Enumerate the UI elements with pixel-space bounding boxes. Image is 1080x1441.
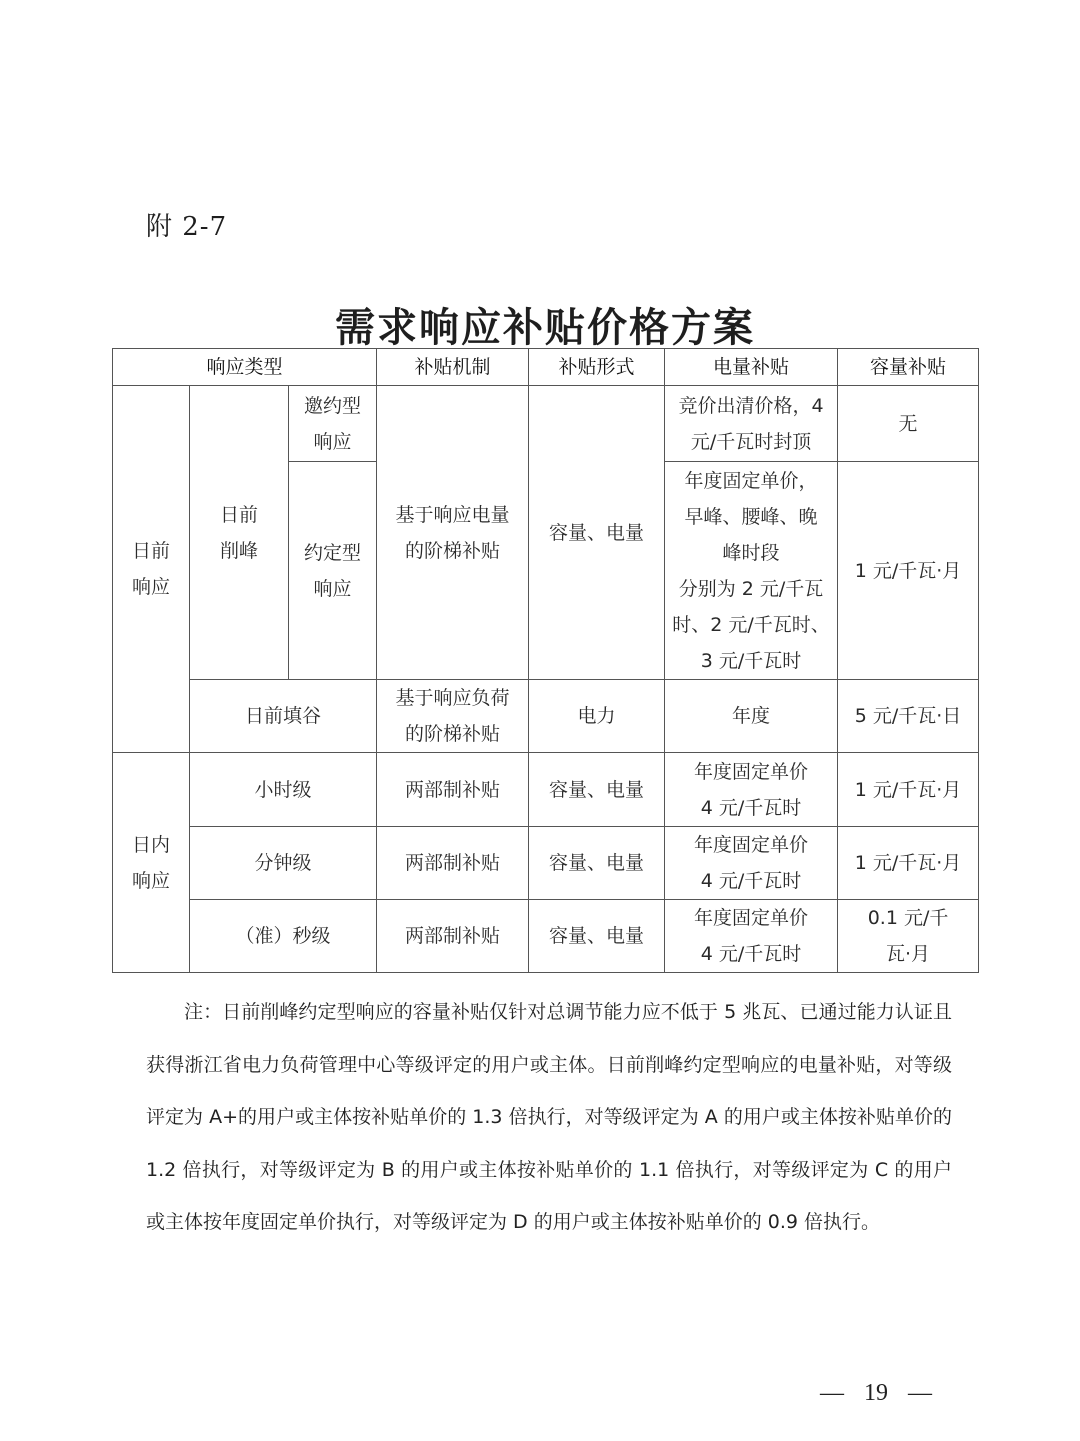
header-capacity-subsidy: 容量补贴 xyxy=(838,349,979,386)
cell-invited-capacity: 无 xyxy=(838,386,979,462)
cell-peak-shaving-mechanism: 基于响应电量 的阶梯补贴 xyxy=(377,386,529,680)
cell-invited-response: 邀约型 响应 xyxy=(289,386,377,462)
cell-valley-form: 电力 xyxy=(529,680,665,753)
cell-second-mechanism: 两部制补贴 xyxy=(377,900,529,973)
cell-minute-form: 容量、电量 xyxy=(529,827,665,900)
cell-second-capacity: 0.1 元/千 瓦·月 xyxy=(838,900,979,973)
cell-minute-mechanism: 两部制补贴 xyxy=(377,827,529,900)
table-row-hourly: 日内 响应 小时级 两部制补贴 容量、电量 年度固定单价 4 元/千瓦时 1 元… xyxy=(113,753,979,827)
cell-second-form: 容量、电量 xyxy=(529,900,665,973)
cell-peak-shaving-form: 容量、电量 xyxy=(529,386,665,680)
cell-hourly-energy: 年度固定单价 4 元/千瓦时 xyxy=(665,753,838,827)
cell-peak-shaving: 日前 削峰 xyxy=(190,386,289,680)
table-row-second: （准）秒级 两部制补贴 容量、电量 年度固定单价 4 元/千瓦时 0.1 元/千… xyxy=(113,900,979,973)
cell-valley-filling: 日前填谷 xyxy=(190,680,377,753)
header-response-type: 响应类型 xyxy=(113,349,377,386)
table-row-minute: 分钟级 两部制补贴 容量、电量 年度固定单价 4 元/千瓦时 1 元/千瓦·月 xyxy=(113,827,979,900)
table-row-valley-filling: 日前填谷 基于响应负荷 的阶梯补贴 电力 年度 5 元/千瓦·日 xyxy=(113,680,979,753)
header-form: 补贴形式 xyxy=(529,349,665,386)
cell-contracted-energy: 年度固定单价， 早峰、腰峰、晚 峰时段 分别为 2 元/千瓦 时、2 元/千瓦时… xyxy=(665,462,838,680)
cell-minute-capacity: 1 元/千瓦·月 xyxy=(838,827,979,900)
annex-label: 附 2-7 xyxy=(146,206,227,243)
cell-contracted-response: 约定型 响应 xyxy=(289,462,377,680)
header-mechanism: 补贴机制 xyxy=(377,349,529,386)
cell-valley-capacity: 5 元/千瓦·日 xyxy=(838,680,979,753)
cell-second-energy: 年度固定单价 4 元/千瓦时 xyxy=(665,900,838,973)
cell-minute: 分钟级 xyxy=(190,827,377,900)
cell-hourly-mechanism: 两部制补贴 xyxy=(377,753,529,827)
cell-intraday-response: 日内 响应 xyxy=(113,753,190,973)
cell-valley-energy: 年度 xyxy=(665,680,838,753)
cell-valley-mechanism: 基于响应负荷 的阶梯补贴 xyxy=(377,680,529,753)
cell-hourly: 小时级 xyxy=(190,753,377,827)
cell-invited-energy: 竞价出清价格，4 元/千瓦时封顶 xyxy=(665,386,838,462)
table-header-row: 响应类型 补贴机制 补贴形式 电量补贴 容量补贴 xyxy=(113,349,979,386)
cell-contracted-capacity: 1 元/千瓦·月 xyxy=(838,462,979,680)
cell-day-ahead-response: 日前 响应 xyxy=(113,386,190,753)
header-energy-subsidy: 电量补贴 xyxy=(665,349,838,386)
subsidy-price-table: 响应类型 补贴机制 补贴形式 电量补贴 容量补贴 日前 响应 日前 削峰 邀约型… xyxy=(112,348,979,973)
footnote: 注：日前削峰约定型响应的容量补贴仅针对总调节能力应不低于 5 兆瓦、已通过能力认… xyxy=(146,986,952,1249)
page-number: — 19 — xyxy=(820,1380,932,1407)
cell-minute-energy: 年度固定单价 4 元/千瓦时 xyxy=(665,827,838,900)
cell-second: （准）秒级 xyxy=(190,900,377,973)
footnote-text: 注：日前削峰约定型响应的容量补贴仅针对总调节能力应不低于 5 兆瓦、已通过能力认… xyxy=(146,986,952,1249)
cell-hourly-form: 容量、电量 xyxy=(529,753,665,827)
table-row-invited: 日前 响应 日前 削峰 邀约型 响应 基于响应电量 的阶梯补贴 容量、电量 竞价… xyxy=(113,386,979,462)
cell-hourly-capacity: 1 元/千瓦·月 xyxy=(838,753,979,827)
document-title: 需求响应补贴价格方案 xyxy=(0,296,1080,353)
